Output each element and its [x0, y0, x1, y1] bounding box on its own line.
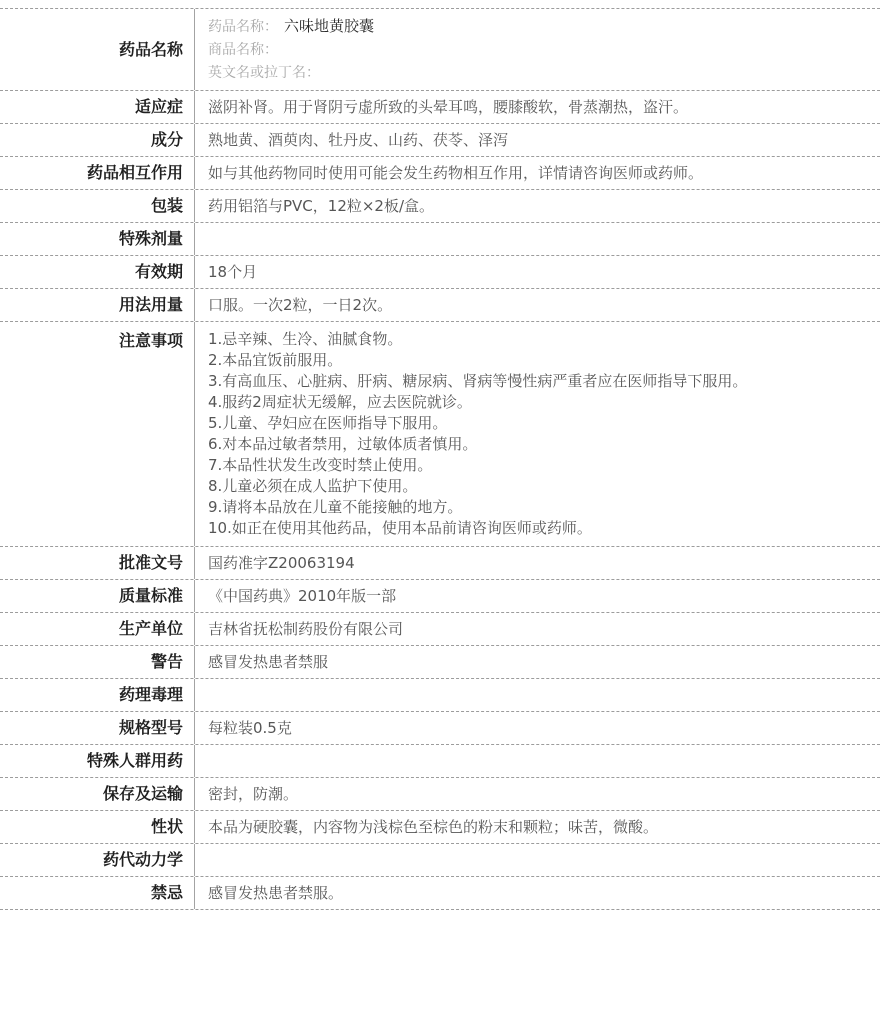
trade-name-line: 商品名称：	[208, 38, 870, 61]
row-manufacturer: 生产单位 吉林省抚松制药股份有限公司	[0, 613, 880, 646]
row-warning: 警告 感冒发热患者禁服	[0, 646, 880, 679]
row-label: 批准文号	[0, 547, 195, 579]
row-label: 药品相互作用	[0, 157, 195, 189]
row-dosage-usage: 用法用量 口服。一次2粒，一日2次。	[0, 289, 880, 322]
latin-name-key: 英文名或拉丁名：	[208, 65, 320, 81]
precaution-item: 5.儿童、孕妇应在医师指导下服用。	[208, 413, 870, 434]
row-packaging: 包装 药用铝箔与PVC，12粒×2板/盒。	[0, 190, 880, 223]
row-specification: 规格型号 每粒装0.5克	[0, 712, 880, 745]
row-label: 规格型号	[0, 712, 195, 744]
row-storage-transport: 保存及运输 密封，防潮。	[0, 778, 880, 811]
row-label: 警告	[0, 646, 195, 678]
row-description: 性状 本品为硬胶囊，内容物为浅棕色至棕色的粉末和颗粒；味苦，微酸。	[0, 811, 880, 844]
row-value: 1.忌辛辣、生冷、油腻食物。 2.本品宜饭前服用。 3.有高血压、心脏病、肝病、…	[195, 322, 880, 546]
drug-name-value: 六味地黄胶囊	[284, 17, 374, 35]
row-value	[195, 844, 880, 876]
row-value: 密封，防潮。	[195, 778, 880, 810]
row-value: 熟地黄、酒萸肉、牡丹皮、山药、茯苓、泽泻	[195, 124, 880, 156]
precaution-item: 2.本品宜饭前服用。	[208, 350, 870, 371]
trade-name-key: 商品名称：	[208, 42, 278, 58]
precaution-item: 4.服药2周症状无缓解，应去医院就诊。	[208, 392, 870, 413]
row-value: 国药准字Z20063194	[195, 547, 880, 579]
row-value: 药品名称：六味地黄胶囊 商品名称： 英文名或拉丁名：	[195, 9, 880, 90]
drug-info-table: 药品名称 药品名称：六味地黄胶囊 商品名称： 英文名或拉丁名： 适应症 滋阴补肾…	[0, 8, 880, 910]
row-label: 注意事项	[0, 322, 195, 546]
row-indications: 适应症 滋阴补肾。用于肾阴亏虚所致的头晕耳鸣，腰膝酸软，骨蒸潮热，盗汗。	[0, 91, 880, 124]
row-value	[195, 745, 880, 777]
precaution-item: 10.如正在使用其他药品，使用本品前请咨询医师或药师。	[208, 518, 870, 539]
row-label: 药品名称	[0, 9, 195, 90]
row-value: 《中国药典》2010年版一部	[195, 580, 880, 612]
row-value: 本品为硬胶囊，内容物为浅棕色至棕色的粉末和颗粒；味苦，微酸。	[195, 811, 880, 843]
row-value: 每粒装0.5克	[195, 712, 880, 744]
row-value	[195, 223, 880, 255]
row-special-populations: 特殊人群用药	[0, 745, 880, 778]
row-label: 质量标准	[0, 580, 195, 612]
row-value: 如与其他药物同时使用可能会发生药物相互作用，详情请咨询医师或药师。	[195, 157, 880, 189]
precaution-item: 3.有高血压、心脏病、肝病、糖尿病、肾病等慢性病严重者应在医师指导下服用。	[208, 371, 870, 392]
row-label: 保存及运输	[0, 778, 195, 810]
row-value: 药用铝箔与PVC，12粒×2板/盒。	[195, 190, 880, 222]
row-label: 生产单位	[0, 613, 195, 645]
row-special-dosage: 特殊剂量	[0, 223, 880, 256]
row-value: 吉林省抚松制药股份有限公司	[195, 613, 880, 645]
row-label: 药代动力学	[0, 844, 195, 876]
precaution-item: 8.儿童必须在成人监护下使用。	[208, 476, 870, 497]
row-label: 有效期	[0, 256, 195, 288]
row-pharmacokinetics: 药代动力学	[0, 844, 880, 877]
row-ingredients: 成分 熟地黄、酒萸肉、牡丹皮、山药、茯苓、泽泻	[0, 124, 880, 157]
row-label: 禁忌	[0, 877, 195, 909]
drug-name-key: 药品名称：	[208, 19, 278, 35]
row-approval-number: 批准文号 国药准字Z20063194	[0, 547, 880, 580]
row-value: 滋阴补肾。用于肾阴亏虚所致的头晕耳鸣，腰膝酸软，骨蒸潮热，盗汗。	[195, 91, 880, 123]
row-contraindications: 禁忌 感冒发热患者禁服。	[0, 877, 880, 910]
row-label: 成分	[0, 124, 195, 156]
row-label: 性状	[0, 811, 195, 843]
row-value: 感冒发热患者禁服。	[195, 877, 880, 909]
precaution-item: 7.本品性状发生改变时禁止使用。	[208, 455, 870, 476]
row-label: 特殊人群用药	[0, 745, 195, 777]
latin-name-line: 英文名或拉丁名：	[208, 61, 870, 84]
row-pharmacology-toxicology: 药理毒理	[0, 679, 880, 712]
row-shelf-life: 有效期 18个月	[0, 256, 880, 289]
row-quality-standard: 质量标准 《中国药典》2010年版一部	[0, 580, 880, 613]
row-label: 特殊剂量	[0, 223, 195, 255]
row-drug-interactions: 药品相互作用 如与其他药物同时使用可能会发生药物相互作用，详情请咨询医师或药师。	[0, 157, 880, 190]
row-label: 适应症	[0, 91, 195, 123]
row-label: 药理毒理	[0, 679, 195, 711]
row-drug-name: 药品名称 药品名称：六味地黄胶囊 商品名称： 英文名或拉丁名：	[0, 9, 880, 91]
row-label: 用法用量	[0, 289, 195, 321]
drug-name-line: 药品名称：六味地黄胶囊	[208, 15, 870, 38]
row-label: 包装	[0, 190, 195, 222]
row-value	[195, 679, 880, 711]
precaution-item: 9.请将本品放在儿童不能接触的地方。	[208, 497, 870, 518]
row-precautions: 注意事项 1.忌辛辣、生冷、油腻食物。 2.本品宜饭前服用。 3.有高血压、心脏…	[0, 322, 880, 547]
precaution-item: 1.忌辛辣、生冷、油腻食物。	[208, 329, 870, 350]
row-value: 18个月	[195, 256, 880, 288]
row-value: 口服。一次2粒，一日2次。	[195, 289, 880, 321]
precaution-item: 6.对本品过敏者禁用，过敏体质者慎用。	[208, 434, 870, 455]
row-value: 感冒发热患者禁服	[195, 646, 880, 678]
